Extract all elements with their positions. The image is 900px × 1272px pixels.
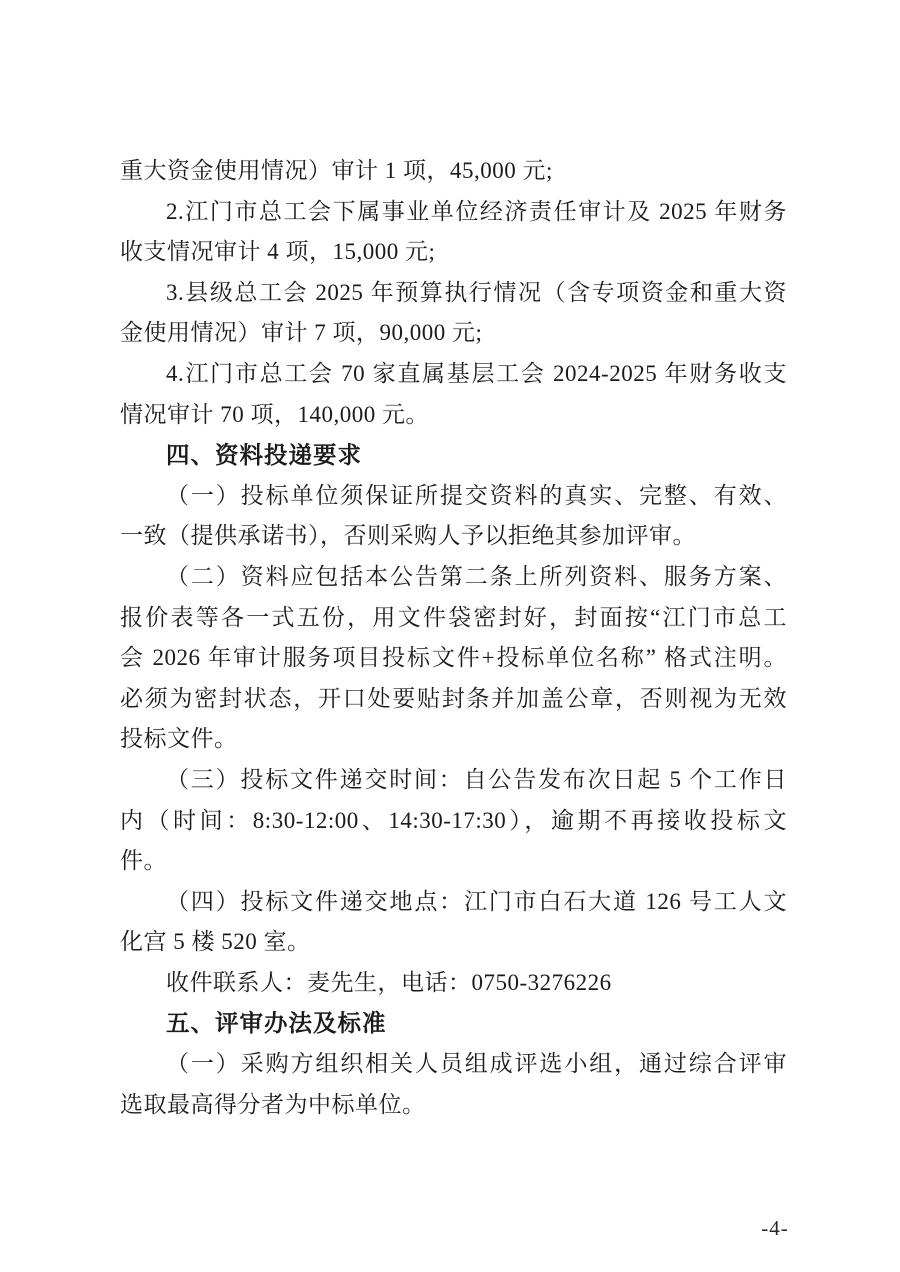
text-line: 4.江门市总工会 70 家直属基层工会 2024-2025 年财务收支 xyxy=(120,354,787,395)
text-line: （三）投标文件递交时间：自公告发布次日起 5 个工作日 xyxy=(120,760,787,801)
text-line: 情况审计 70 项，140,000 元。 xyxy=(120,395,787,436)
text-line: 2.江门市总工会下属事业单位经济责任审计及 2025 年财务 xyxy=(120,192,787,233)
text-line: 投标文件。 xyxy=(120,719,787,760)
text-line: 必须为密封状态，开口处要贴封条并加盖公章，否则视为无效 xyxy=(120,679,787,720)
text-line: （一）投标单位须保证所提交资料的真实、完整、有效、 xyxy=(120,476,787,517)
document-body-text: 重大资金使用情况）审计 1 项，45,000 元;2.江门市总工会下属事业单位经… xyxy=(120,151,787,1125)
page-number: -4- xyxy=(745,1216,805,1241)
text-line: 报价表等各一式五份，用文件袋密封好，封面按“江门市总工 xyxy=(120,598,787,639)
section-heading: 五、评审办法及标准 xyxy=(120,1003,787,1044)
section-heading: 四、资料投递要求 xyxy=(120,435,787,476)
text-line: 收件联系人：麦先生，电话：0750-3276226 xyxy=(120,963,787,1004)
text-line: 会 2026 年审计服务项目投标文件+投标单位名称” 格式注明。 xyxy=(120,638,787,679)
text-line: 金使用情况）审计 7 项，90,000 元; xyxy=(120,313,787,354)
text-line: （一）采购方组织相关人员组成评选小组，通过综合评审 xyxy=(120,1044,787,1085)
text-line: 3.县级总工会 2025 年预算执行情况（含专项资金和重大资 xyxy=(120,273,787,314)
text-line: 收支情况审计 4 项，15,000 元; xyxy=(120,232,787,273)
text-line: （四）投标文件递交地点：江门市白石大道 126 号工人文 xyxy=(120,882,787,923)
text-line: 一致（提供承诺书），否则采购人予以拒绝其参加评审。 xyxy=(120,516,787,557)
text-line: 件。 xyxy=(120,841,787,882)
text-line: 重大资金使用情况）审计 1 项，45,000 元; xyxy=(120,151,787,192)
text-line: 化宫 5 楼 520 室。 xyxy=(120,922,787,963)
text-line: 内（时间：8:30-12:00、14:30-17:30），逾期不再接收投标文 xyxy=(120,801,787,842)
document-page: 重大资金使用情况）审计 1 项，45,000 元;2.江门市总工会下属事业单位经… xyxy=(0,0,900,1272)
text-line: 选取最高得分者为中标单位。 xyxy=(120,1085,787,1126)
text-line: （二）资料应包括本公告第二条上所列资料、服务方案、 xyxy=(120,557,787,598)
